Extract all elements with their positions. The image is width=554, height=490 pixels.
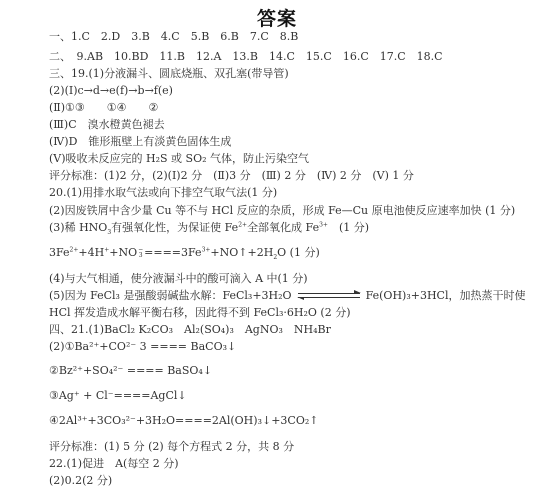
scoring-line-21: 评分标准：(1) 5 分 (2) 每个方程式 2 分，共 8 分: [49, 440, 294, 454]
answer-line-20-4: (4)与大气相通，使分液漏斗中的酸可滴入 A 中(1 分): [49, 272, 308, 286]
equation-21-2-4: ④2Al³⁺+3CO₃²⁻+3H₂O====2Al(OH)₃↓+3CO₂↑: [49, 414, 318, 428]
answer-line-19-2-iii: (Ⅲ)C 溴水橙黄色褪去: [49, 118, 165, 132]
answer-line-20-3: (3)稀 HNO3有强氧化性，为保证使 Fe2+全部氧化成 Fe3+ (1 分): [49, 221, 369, 235]
answer-line-19-2-ii: (Ⅱ)①③ ①④ ②: [49, 101, 158, 115]
answer-line-mc-2: 二、 9.AB 10.BD 11.B 12.A 13.B 14.C 15.C 1…: [49, 50, 443, 64]
answer-line-21-1: 四、21.(1)BaCl₂ K₂CO₃ Al₂(SO₄)₃ AgNO₃ NH₄B…: [49, 323, 331, 337]
answer-line-20-5: (5)因为 FeCl₃ 是强酸弱碱盐水解：FeCl₃+3H₂OFe(OH)₃+3…: [49, 289, 525, 303]
answer-line-19-2-v: (Ⅴ)吸收未反应完的 H₂S 或 SO₂ 气体，防止污染空气: [49, 152, 309, 166]
answer-line-mc-1: 一、1.C 2.D 3.B 4.C 5.B 6.B 7.C 8.B: [49, 30, 298, 44]
equilibrium-arrow-icon: [298, 291, 360, 301]
equation-21-2-3: ③Ag⁺ + Cl⁻====AgCl↓: [49, 389, 187, 403]
answer-line-20-2: (2)因废铁屑中含少量 Cu 等不与 HCl 反应的杂质，形成 Fe—Cu 原电…: [49, 204, 515, 218]
page-title: 答案: [0, 4, 554, 31]
nitrate-charge: −3: [138, 247, 143, 259]
equation-21-2-1: (2)①Ba²⁺+CO²⁻ 3 ==== BaCO₃↓: [49, 340, 236, 354]
equation-20-3: 3Fe2++4H++NO−3====3Fe3++NO↑+2H2O (1 分): [49, 246, 320, 260]
answer-line-20-5-cont: HCl 挥发造成水解平衡右移，因此得不到 FeCl₃·6H₂O (2 分): [49, 306, 351, 320]
equation-21-2-2: ②Bz²⁺+SO₄²⁻ ==== BaSO₄↓: [49, 364, 212, 378]
answer-line-22-1: 22.(1)促进 A(每空 2 分): [49, 457, 179, 471]
answer-line-19-2-i: (2)(Ⅰ)c→d→e(f)→b→f(e): [49, 84, 173, 98]
answer-line-19-2-iv: (Ⅳ)D 锥形瓶壁上有淡黄色固体生成: [49, 135, 231, 149]
scoring-line-19: 评分标准：(1)2 分，(2)(Ⅰ)2 分 (Ⅱ)3 分 (Ⅲ) 2 分 (Ⅳ)…: [49, 169, 414, 183]
answer-line-19-1: 三、19.(1)分液漏斗、圆底烧瓶、双孔塞(带导管): [49, 67, 289, 81]
answer-line-22-2: (2)0.2(2 分): [49, 474, 112, 488]
answer-line-20-1: 20.(1)用排水取气法或向下排空气取气法(1 分): [49, 186, 277, 200]
